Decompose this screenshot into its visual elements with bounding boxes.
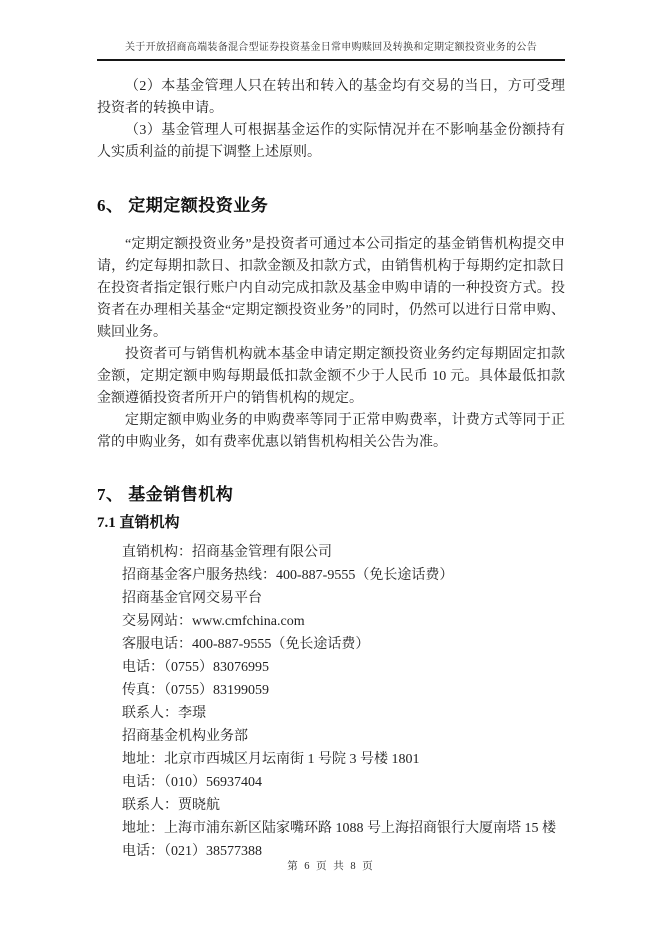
section-6-heading: 6、 定期定额投资业务 (97, 191, 565, 216)
contact-line: 交易网站：www.cmfchina.com (122, 610, 565, 633)
document-content: 关于开放招商高端装备混合型证券投资基金日常申购赎回及转换和定期定额投资业务的公告… (97, 0, 565, 863)
page-number-footer: 第 6 页 共 8 页 (0, 858, 662, 873)
contact-line: 联系人：贾晓航 (122, 794, 565, 817)
section-6-body: “定期定额投资业务”是投资者可通过本公司指定的基金销售机构提交申请，约定每期扣款… (97, 234, 565, 454)
intro-paragraph: （3）基金管理人可根据基金运作的实际情况并在不影响基金份额持有人实质利益的前提下… (97, 120, 565, 164)
document-page: 关于开放招商高端装备混合型证券投资基金日常申购赎回及转换和定期定额投资业务的公告… (0, 0, 662, 936)
contact-line: 招商基金客户服务热线：400-887-9555（免长途话费） (122, 564, 565, 587)
contact-line: 客服电话：400-887-9555（免长途话费） (122, 633, 565, 656)
section-6-paragraph: “定期定额投资业务”是投资者可通过本公司指定的基金销售机构提交申请，约定每期扣款… (97, 234, 565, 344)
document-header-title: 关于开放招商高端装备混合型证券投资基金日常申购赎回及转换和定期定额投资业务的公告 (97, 0, 565, 54)
section-7-1-subheading: 7.1 直销机构 (97, 511, 565, 532)
section-6-paragraph: 投资者可与销售机构就本基金申请定期定额投资业务约定每期固定扣款金额，定期定额申购… (97, 344, 565, 410)
contact-line: 联系人：李璟 (122, 702, 565, 725)
section-7-heading: 7、 基金销售机构 (97, 480, 565, 505)
contact-line: 电话：（010）56937404 (122, 771, 565, 794)
contact-line: 传真：（0755）83199059 (122, 679, 565, 702)
intro-paragraphs: （2）本基金管理人只在转出和转入的基金均有交易的当日，方可受理投资者的转换申请。… (97, 76, 565, 164)
contact-line: 地址：北京市西城区月坛南街 1 号院 3 号楼 1801 (122, 748, 565, 771)
header-rule (97, 59, 565, 61)
section-6-paragraph: 定期定额申购业务的申购费率等同于正常申购费率，计费方式等同于正常的申购业务，如有… (97, 410, 565, 454)
contact-line: 直销机构：招商基金管理有限公司 (122, 541, 565, 564)
direct-sales-contact-list: 直销机构：招商基金管理有限公司 招商基金客户服务热线：400-887-9555（… (122, 541, 565, 863)
contact-line: 招商基金机构业务部 (122, 725, 565, 748)
contact-line: 招商基金官网交易平台 (122, 587, 565, 610)
contact-line: 地址：上海市浦东新区陆家嘴环路 1088 号上海招商银行大厦南塔 15 楼 (122, 817, 565, 840)
intro-paragraph: （2）本基金管理人只在转出和转入的基金均有交易的当日，方可受理投资者的转换申请。 (97, 76, 565, 120)
contact-line: 电话：（0755）83076995 (122, 656, 565, 679)
